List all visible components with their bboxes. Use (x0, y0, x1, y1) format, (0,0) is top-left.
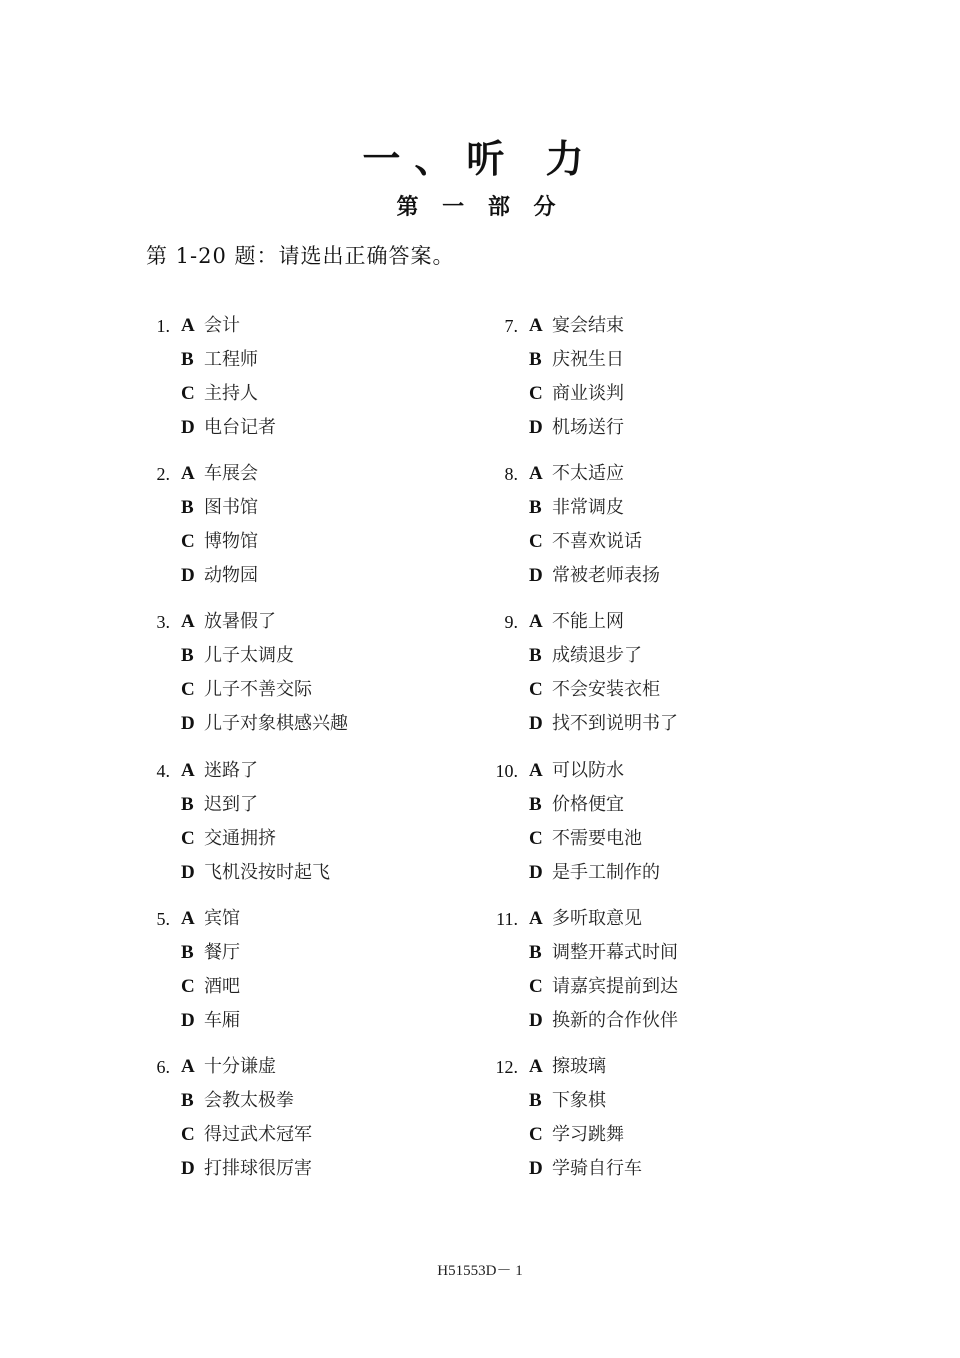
option-text: 找不到说明书了 (552, 710, 678, 738)
question-item: 9.A不能上网B成绩退步了C不会安装衣柜D找不到说明书了 (488, 608, 828, 756)
answer-option[interactable]: B庆祝生日 (488, 346, 828, 380)
option-text: 多听取意见 (552, 905, 642, 933)
answer-option[interactable]: B迟到了 (140, 791, 480, 825)
answer-option[interactable]: D换新的合作伙伴 (488, 1007, 828, 1041)
answer-option[interactable]: C主持人 (140, 380, 480, 414)
answer-option[interactable]: C学习跳舞 (488, 1121, 828, 1155)
option-text: 换新的合作伙伴 (552, 1007, 678, 1035)
option-text: 主持人 (204, 380, 258, 408)
option-text: 儿子不善交际 (204, 676, 312, 704)
option-text: 请嘉宾提前到达 (552, 973, 678, 1001)
option-text: 宾馆 (204, 905, 240, 933)
option-letter: C (529, 528, 543, 556)
option-letter: C (529, 973, 543, 1001)
question-number: 5. (140, 905, 170, 933)
option-text: 工程师 (204, 346, 258, 374)
option-letter: C (181, 973, 195, 1001)
option-letter: B (181, 791, 194, 819)
answer-option[interactable]: 3.A放暑假了 (140, 608, 480, 642)
question-number: 8. (476, 460, 518, 488)
option-letter: D (529, 562, 543, 590)
option-letter: B (529, 791, 542, 819)
answer-option[interactable]: B图书馆 (140, 494, 480, 528)
question-item: 4.A迷路了B迟到了C交通拥挤D飞机没按时起飞 (140, 757, 480, 905)
option-text: 儿子对象棋感兴趣 (204, 710, 348, 738)
option-letter: C (181, 1121, 195, 1149)
answer-option[interactable]: 1.A会计 (140, 312, 480, 346)
answer-option[interactable]: D儿子对象棋感兴趣 (140, 710, 480, 744)
question-item: 11.A多听取意见B调整开幕式时间C请嘉宾提前到达D换新的合作伙伴 (488, 905, 828, 1053)
answer-option[interactable]: C儿子不善交际 (140, 676, 480, 710)
option-text: 交通拥挤 (204, 825, 276, 853)
option-letter: B (181, 642, 194, 670)
option-text: 成绩退步了 (552, 642, 642, 670)
option-letter: D (181, 1007, 195, 1035)
question-number: 6. (140, 1053, 170, 1081)
option-text: 不太适应 (552, 460, 624, 488)
option-text: 不喜欢说话 (552, 528, 642, 556)
part-title: 第 一 部 分 (0, 190, 960, 221)
option-letter: D (529, 859, 543, 887)
option-text: 擦玻璃 (552, 1053, 606, 1081)
question-item: 1.A会计B工程师C主持人D电台记者 (140, 312, 480, 460)
option-letter: C (181, 676, 195, 704)
option-text: 宴会结束 (552, 312, 624, 340)
option-letter: A (529, 1053, 543, 1081)
answer-option[interactable]: D常被老师表扬 (488, 562, 828, 596)
option-text: 餐厅 (204, 939, 240, 967)
option-text: 下象棋 (552, 1087, 606, 1115)
question-item: 6.A十分谦虚B会教太极拳C得过武术冠军D打排球很厉害 (140, 1053, 480, 1201)
option-text: 学骑自行车 (552, 1155, 642, 1183)
answer-option[interactable]: B成绩退步了 (488, 642, 828, 676)
option-text: 不会安装衣柜 (552, 676, 660, 704)
option-letter: A (181, 905, 195, 933)
option-letter: B (181, 1087, 194, 1115)
option-letter: B (529, 1087, 542, 1115)
option-letter: B (529, 494, 542, 522)
page-footer-code: H51553D－ 1 (0, 1259, 960, 1280)
question-number: 3. (140, 608, 170, 636)
option-text: 价格便宜 (552, 791, 624, 819)
option-letter: B (181, 346, 194, 374)
answer-option[interactable]: C不会安装衣柜 (488, 676, 828, 710)
option-letter: C (181, 528, 195, 556)
option-text: 调整开幕式时间 (552, 939, 678, 967)
question-item: 8.A不太适应B非常调皮C不喜欢说话D常被老师表扬 (488, 460, 828, 608)
option-text: 商业谈判 (552, 380, 624, 408)
option-letter: A (529, 608, 543, 636)
option-text: 不能上网 (552, 608, 624, 636)
answer-option[interactable]: C交通拥挤 (140, 825, 480, 859)
answer-option[interactable]: 7.A宴会结束 (488, 312, 828, 346)
option-text: 图书馆 (204, 494, 258, 522)
option-letter: A (181, 312, 195, 340)
question-item: 12.A擦玻璃B下象棋C学习跳舞D学骑自行车 (488, 1053, 828, 1201)
option-letter: D (181, 859, 195, 887)
option-letter: B (529, 939, 542, 967)
option-letter: D (181, 414, 195, 442)
option-letter: A (529, 757, 543, 785)
option-letter: C (181, 825, 195, 853)
option-letter: B (529, 642, 542, 670)
option-text: 博物馆 (204, 528, 258, 556)
answer-option[interactable]: D电台记者 (140, 414, 480, 448)
option-text: 得过武术冠军 (204, 1121, 312, 1149)
option-text: 放暑假了 (204, 608, 276, 636)
option-letter: A (529, 460, 543, 488)
answer-option[interactable]: C得过武术冠军 (140, 1121, 480, 1155)
question-number: 1. (140, 312, 170, 340)
answer-option[interactable]: D是手工制作的 (488, 859, 828, 893)
option-text: 迟到了 (204, 791, 258, 819)
section-title: 一、听 力 (0, 128, 960, 183)
option-letter: D (181, 562, 195, 590)
answer-option[interactable]: B会教太极拳 (140, 1087, 480, 1121)
answer-option[interactable]: 6.A十分谦虚 (140, 1053, 480, 1087)
questions-left-column: 1.A会计B工程师C主持人D电台记者2.A车展会B图书馆C博物馆D动物园3.A放… (140, 312, 480, 1201)
option-letter: C (529, 676, 543, 704)
answer-option[interactable]: D打排球很厉害 (140, 1155, 480, 1189)
answer-option[interactable]: 8.A不太适应 (488, 460, 828, 494)
option-letter: D (529, 710, 543, 738)
option-text: 可以防水 (552, 757, 624, 785)
answer-option[interactable]: C不喜欢说话 (488, 528, 828, 562)
option-text: 飞机没按时起飞 (204, 859, 330, 887)
option-text: 打排球很厉害 (204, 1155, 312, 1183)
question-item: 5.A宾馆B餐厅C酒吧D车厢 (140, 905, 480, 1053)
answer-option[interactable]: D动物园 (140, 562, 480, 596)
instruction-text: 第 1-20 题：请选出正确答案。 (146, 240, 455, 270)
option-text: 学习跳舞 (552, 1121, 624, 1149)
answer-option[interactable]: C商业谈判 (488, 380, 828, 414)
option-letter: B (181, 939, 194, 967)
option-text: 酒吧 (204, 973, 240, 1001)
answer-option[interactable]: B价格便宜 (488, 791, 828, 825)
question-number: 10. (476, 757, 518, 785)
option-letter: D (529, 1007, 543, 1035)
answer-option[interactable]: 2.A车展会 (140, 460, 480, 494)
option-text: 会计 (204, 312, 240, 340)
question-item: 7.A宴会结束B庆祝生日C商业谈判D机场送行 (488, 312, 828, 460)
answer-option[interactable]: C不需要电池 (488, 825, 828, 859)
option-text: 儿子太调皮 (204, 642, 294, 670)
answer-option[interactable]: B下象棋 (488, 1087, 828, 1121)
answer-option[interactable]: D飞机没按时起飞 (140, 859, 480, 893)
answer-option[interactable]: 4.A迷路了 (140, 757, 480, 791)
option-text: 车厢 (204, 1007, 240, 1035)
option-letter: C (529, 380, 543, 408)
option-letter: D (181, 1155, 195, 1183)
question-number: 7. (476, 312, 518, 340)
answer-option[interactable]: D车厢 (140, 1007, 480, 1041)
option-text: 动物园 (204, 562, 258, 590)
option-text: 迷路了 (204, 757, 258, 785)
option-text: 庆祝生日 (552, 346, 624, 374)
option-letter: A (181, 757, 195, 785)
option-text: 不需要电池 (552, 825, 642, 853)
question-item: 2.A车展会B图书馆C博物馆D动物园 (140, 460, 480, 608)
option-text: 机场送行 (552, 414, 624, 442)
option-text: 常被老师表扬 (552, 562, 660, 590)
answer-option[interactable]: B非常调皮 (488, 494, 828, 528)
question-number: 11. (476, 905, 518, 933)
question-number: 2. (140, 460, 170, 488)
option-text: 电台记者 (204, 414, 276, 442)
option-letter: C (181, 380, 195, 408)
option-text: 车展会 (204, 460, 258, 488)
option-text: 非常调皮 (552, 494, 624, 522)
option-letter: C (529, 825, 543, 853)
answer-option[interactable]: 9.A不能上网 (488, 608, 828, 642)
option-letter: D (181, 710, 195, 738)
option-letter: A (529, 312, 543, 340)
answer-option[interactable]: D机场送行 (488, 414, 828, 448)
option-text: 是手工制作的 (552, 859, 660, 887)
question-item: 3.A放暑假了B儿子太调皮C儿子不善交际D儿子对象棋感兴趣 (140, 608, 480, 756)
answer-option[interactable]: B餐厅 (140, 939, 480, 973)
option-text: 十分谦虚 (204, 1053, 276, 1081)
answer-option[interactable]: B儿子太调皮 (140, 642, 480, 676)
answer-option[interactable]: 10.A可以防水 (488, 757, 828, 791)
answer-option[interactable]: C酒吧 (140, 973, 480, 1007)
answer-option[interactable]: C博物馆 (140, 528, 480, 562)
option-letter: A (529, 905, 543, 933)
answer-option[interactable]: B工程师 (140, 346, 480, 380)
option-letter: C (529, 1121, 543, 1149)
option-letter: A (181, 1053, 195, 1081)
option-letter: B (181, 494, 194, 522)
question-number: 9. (476, 608, 518, 636)
question-item: 10.A可以防水B价格便宜C不需要电池D是手工制作的 (488, 757, 828, 905)
questions-right-column: 7.A宴会结束B庆祝生日C商业谈判D机场送行8.A不太适应B非常调皮C不喜欢说话… (488, 312, 828, 1201)
option-letter: D (529, 1155, 543, 1183)
option-letter: B (529, 346, 542, 374)
option-letter: A (181, 608, 195, 636)
option-text: 会教太极拳 (204, 1087, 294, 1115)
answer-option[interactable]: C请嘉宾提前到达 (488, 973, 828, 1007)
question-number: 4. (140, 757, 170, 785)
answer-option[interactable]: 12.A擦玻璃 (488, 1053, 828, 1087)
option-letter: A (181, 460, 195, 488)
answer-option[interactable]: D找不到说明书了 (488, 710, 828, 744)
question-number: 12. (476, 1053, 518, 1081)
option-letter: D (529, 414, 543, 442)
answer-option[interactable]: 11.A多听取意见 (488, 905, 828, 939)
answer-option[interactable]: D学骑自行车 (488, 1155, 828, 1189)
answer-option[interactable]: B调整开幕式时间 (488, 939, 828, 973)
answer-option[interactable]: 5.A宾馆 (140, 905, 480, 939)
